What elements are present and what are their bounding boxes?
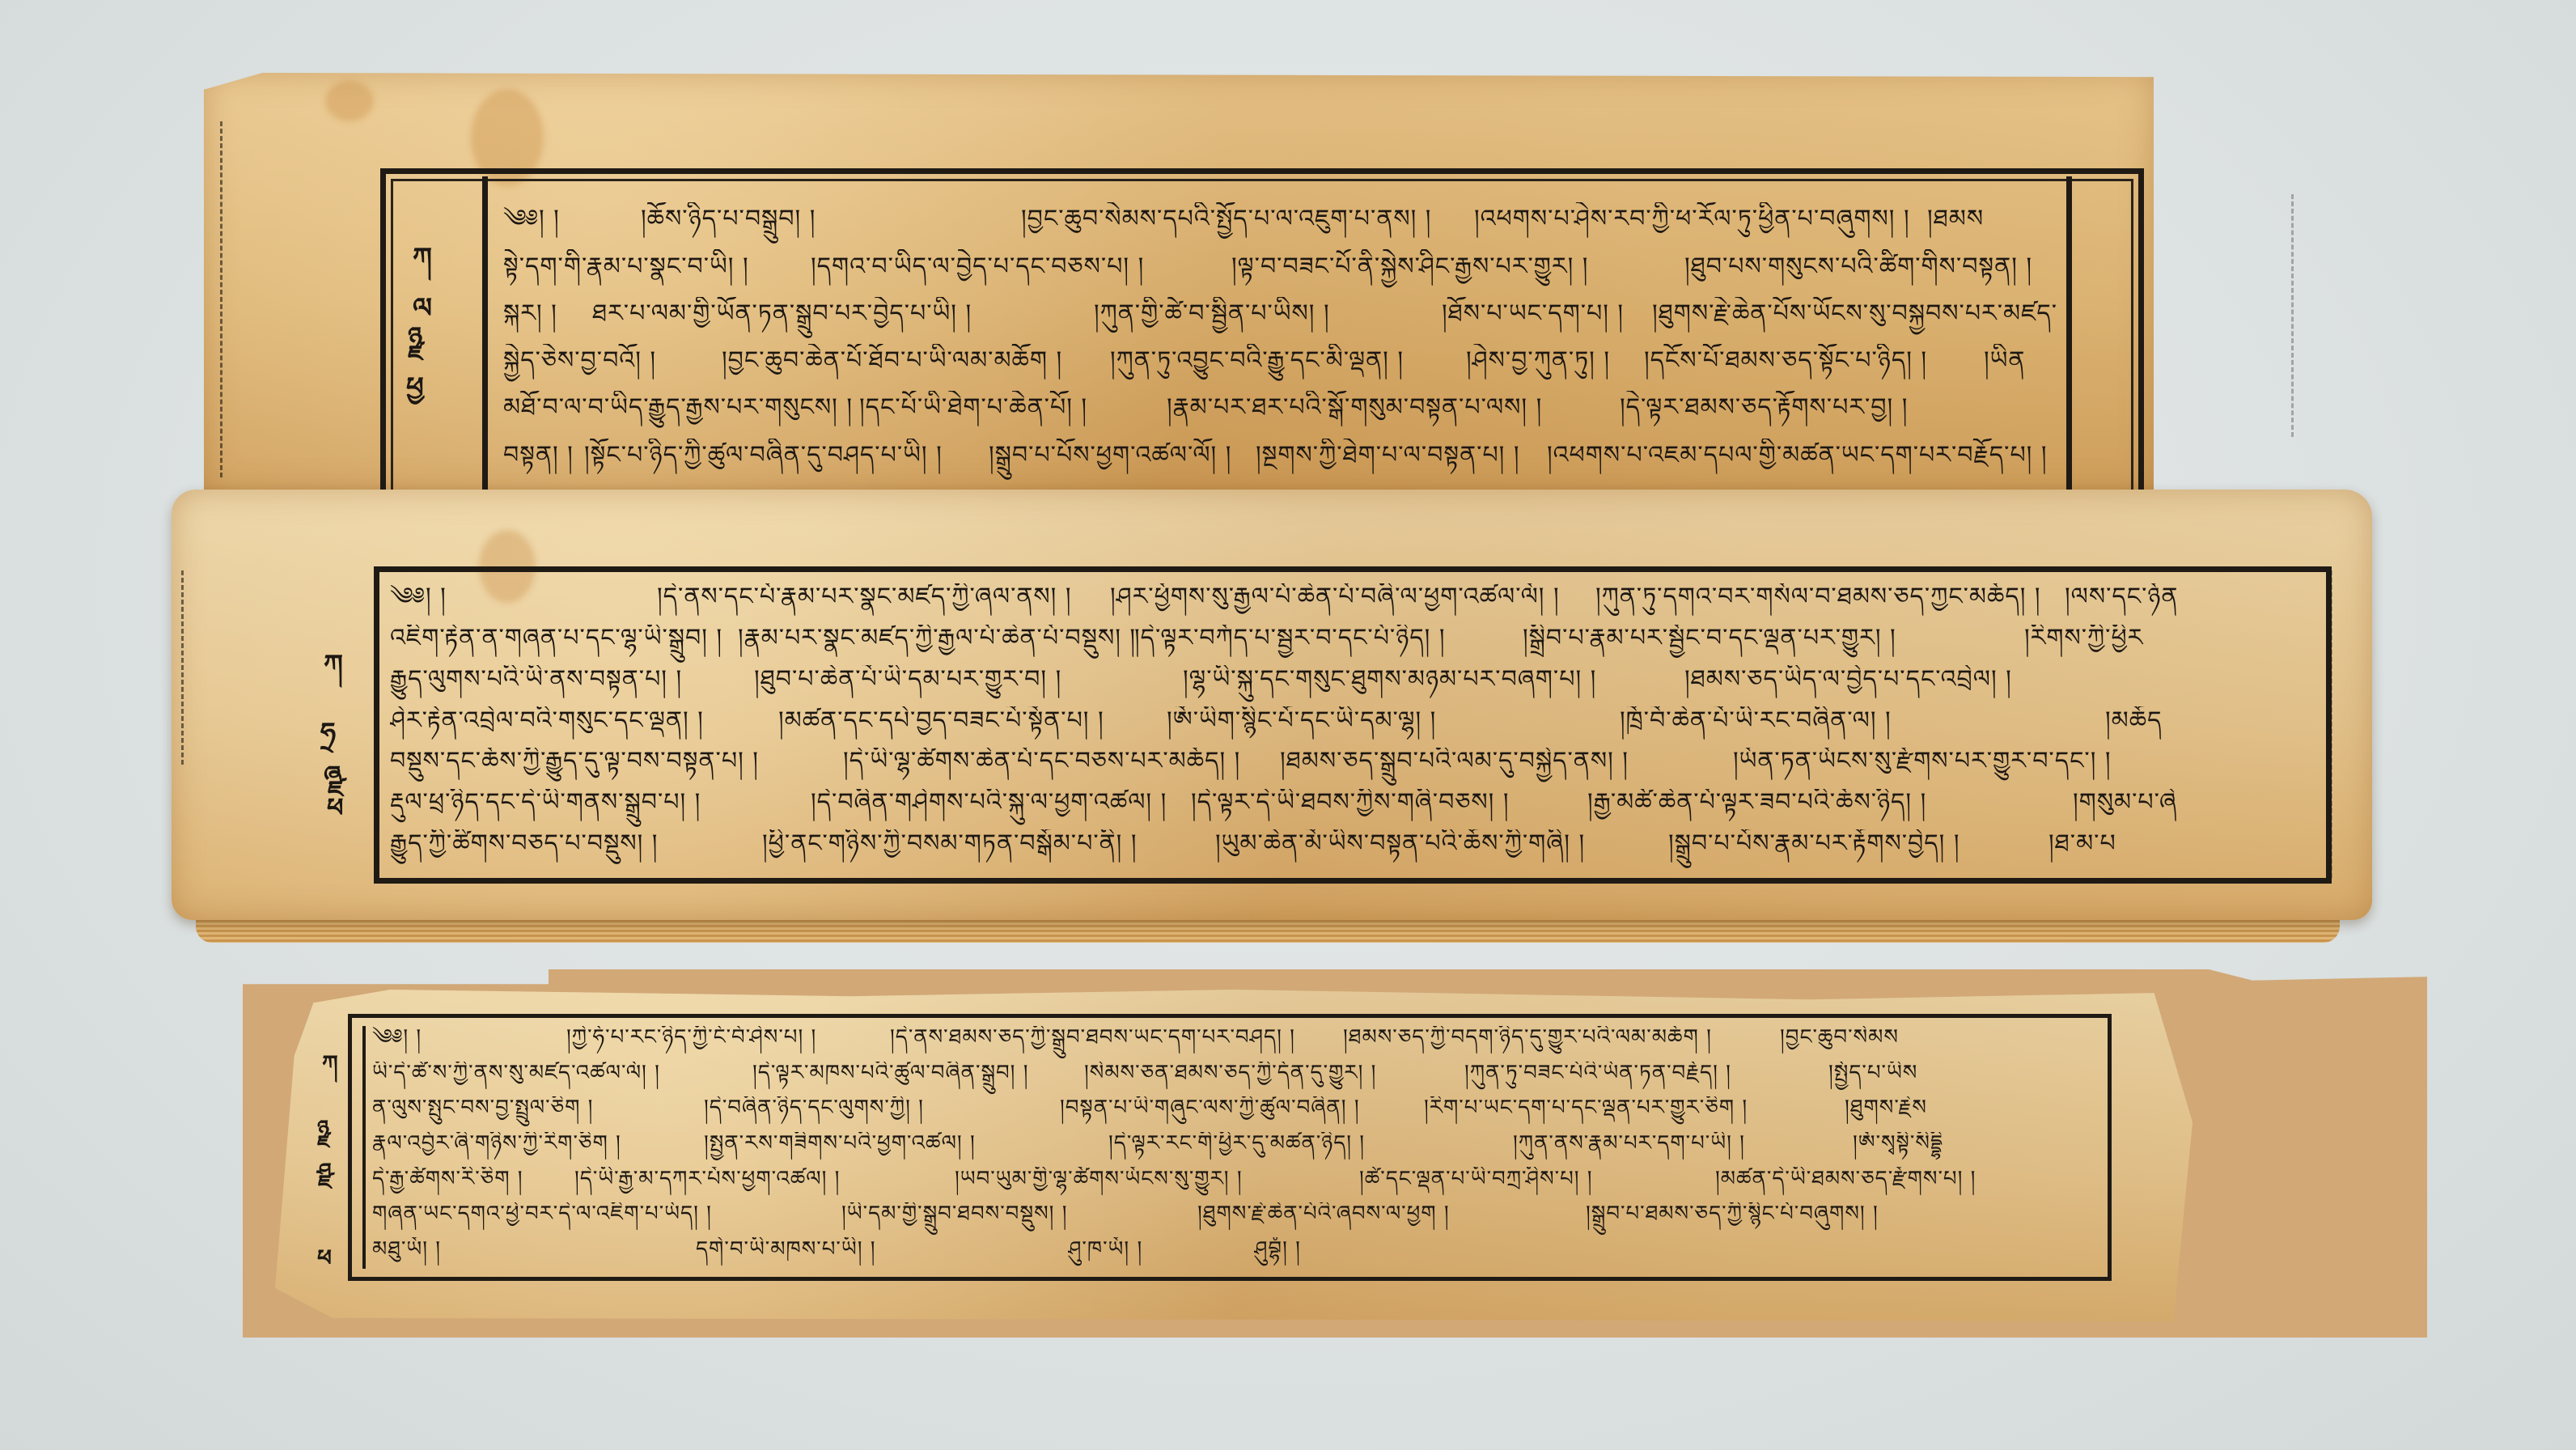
margin-folio-marker: ཕ: [317, 1232, 332, 1296]
margin-folio-marker: ཀ: [322, 1038, 338, 1102]
folio-top: ཀ ལ ཉྫ ཕྱ ༄༅། ། །ཆོས་ཉིད་པ་བསྒྲུབ། ། །བྱ…: [204, 73, 2154, 494]
right-margin-ruling: [2291, 194, 2305, 437]
text-line: ༄༅། ། །དེ་ནས་དང་པོ་རྣམ་པར་སྣང་མཛད་ཀྱི་ཞལ…: [390, 583, 2315, 625]
left-margin-ruling: [181, 570, 195, 765]
text-line: སྐར། ། ཐར་པ་ལམ་གྱི་ཡོན་ཏན་སྒྲུབ་པར་བྱེད་…: [503, 297, 2057, 344]
margin-folio-marker: ཕྱ: [406, 356, 424, 434]
text-block: ༄༅། ། །དེ་ནས་དང་པོ་རྣམ་པར་སྣང་མཛད་ཀྱི་ཞལ…: [390, 583, 2315, 871]
text-line: ༄༅། ། །ཀྱེ་ཧོ་པ་རང་ཉིད་ཀྱི་ངོ་བོ་ཤེས་པ། …: [372, 1026, 2095, 1062]
left-margin-ruling: [220, 121, 234, 477]
folio-bottom: ཀ ཉྫ ཤྫ ཕ ༄༅། ། །ཀྱེ་ཧོ་པ་རང་ཉིད་ཀྱི་ངོ་…: [243, 945, 2427, 1382]
text-line: ༄༅། ། །ཆོས་ཉིད་པ་བསྒྲུབ། ། །བྱང་ཆུབ་སེམས…: [503, 202, 2057, 249]
text-line: སྐྱེད་ཅེས་བྱ་བའོ། ། །བྱང་ཆུབ་ཆེན་པོ་ཐོབ་…: [503, 344, 2057, 391]
text-line: ཤེར་རྟེན་འབྲེལ་བའི་གསུང་དང་ལྡན། ། །མཚན་ད…: [390, 706, 2315, 748]
frame-left-divider: [362, 1026, 366, 1269]
text-line: ཡི་དེ་ཚེ་ས་ཀྱི་ནས་སུ་མཛད་འཚལ་ལོ། ། །དེ་ལ…: [372, 1062, 2095, 1097]
text-line: ན་ལུས་སྤུང་བས་བྱ་སྤྲུལ་ཅིག ། །དེ་བཞིན་ཉི…: [372, 1096, 2095, 1132]
text-line: མཐུ་ཡོ། ། དགེ་བ་ཡི་མཁས་པ་ཡི། ། ཤུ་ཁ་ཡོ། …: [372, 1237, 2095, 1273]
frame-right-divider: [2066, 176, 2072, 508]
text-line: རྒྱུད་ལུགས་པའི་ཡི་ནས་བསྟན་པ། ། །ཐུབ་པ་ཆེ…: [390, 665, 2315, 706]
frame-left-divider: [482, 176, 488, 508]
margin-folio-marker: ཤྫ: [317, 1146, 333, 1210]
text-line: འཇིག་རྟེན་ན་གཞན་པ་དང་ལྷ་ཡི་སྒྲུབ། ། །རྣམ…: [390, 625, 2315, 666]
text-line: བསྡུས་དང་ཆོས་ཀྱི་རྒྱུད་དུ་ལྟ་བས་བསྟན་པ། …: [390, 748, 2315, 789]
text-line: སྟེ་དག་གི་རྣམ་པ་སྣང་བ་ཡི། ། །དགའ་བ་ཡིད་ལ…: [503, 249, 2057, 296]
text-line: རྡུལ་ཕྲ་ཉིད་དང་དེ་ཡི་གནས་སྒྲུབ་པ། ། །དེ་…: [390, 789, 2315, 830]
margin-folio-marker: ཀ: [324, 634, 343, 711]
text-line: གཞན་ཡང་དགའ་ཕྱེ་བར་དེ་ལ་འཇིག་པ་ཡོད། ། །ཡི…: [372, 1202, 2095, 1238]
folio-middle: ཀ ཧྲ ཞྫ ཕ ༄༅། ། །དེ་ནས་དང་པོ་རྣམ་པར་སྣང་…: [172, 490, 2372, 943]
right-margin-ruling: [2330, 570, 2344, 878]
text-block: ༄༅། ། །ཆོས་ཉིད་པ་བསྒྲུབ། ། །བྱང་ཆུབ་སེམས…: [503, 202, 2057, 485]
text-line: རྣལ་འབྱོར་ཞི་གཉིས་ཀྱི་རིག་ཅིག ། །སྤྱན་རས…: [372, 1132, 2095, 1168]
text-line: མཐོ་བ་ལ་བ་ཡིད་རྒྱུད་རྒྱས་པར་གསུངས། ། །དང…: [503, 391, 2057, 438]
text-line: དེ་རྒྱ་ཚོགས་རི་ཅིག ། །དེ་ཡི་རྒྱ་མ་དཀར་པོ…: [372, 1167, 2095, 1202]
text-line: རྒྱུད་ཀྱི་ཚིགས་བཅད་པ་བསྡུས། ། །ཕྱི་ནང་གཉ…: [390, 829, 2315, 871]
margin-folio-marker: ཕ: [327, 779, 344, 852]
text-line: བསྟན། ། །སྟོང་པ་ཉིད་ཀྱི་ཚུལ་བཞིན་དུ་བཤད་…: [503, 439, 2057, 485]
text-block: ༄༅། ། །ཀྱེ་ཧོ་པ་རང་ཉིད་ཀྱི་ངོ་བོ་ཤེས་པ། …: [372, 1026, 2095, 1273]
